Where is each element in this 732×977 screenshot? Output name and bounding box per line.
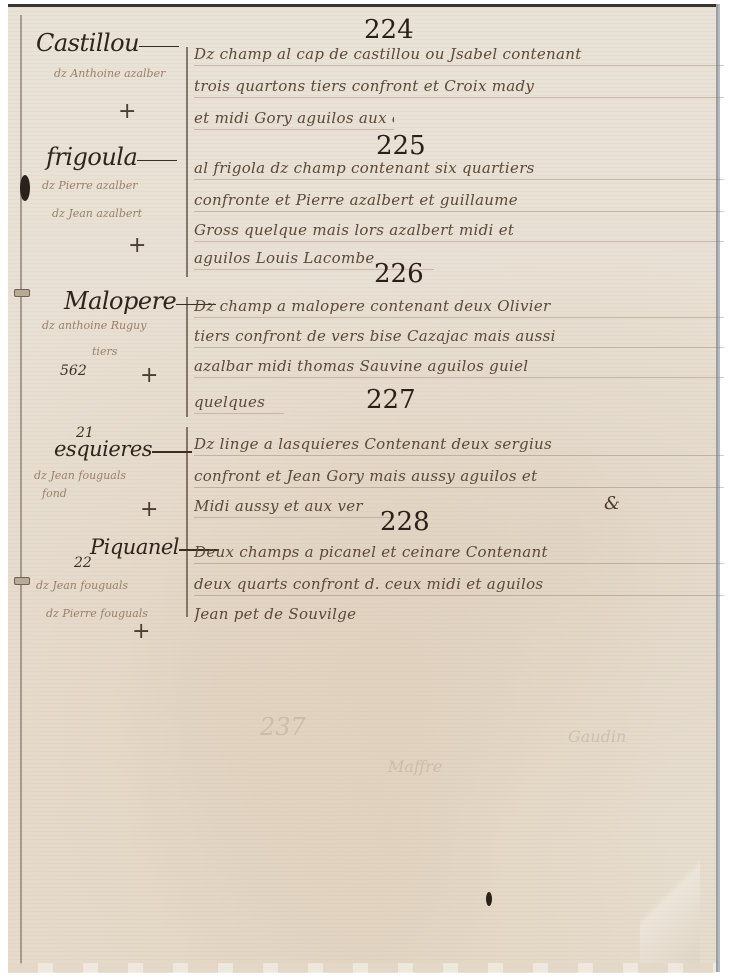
margin-owner-note: fond xyxy=(42,487,67,500)
entry-number: 225 xyxy=(376,131,426,161)
bleed-through-text: Maffre xyxy=(388,757,442,776)
entry-text-line: Jean pet de Souvilge xyxy=(194,605,394,625)
ink-blot xyxy=(20,175,30,201)
entry-number: 226 xyxy=(374,259,424,289)
margin-owner-note: dz Pierre azalber xyxy=(42,179,138,192)
torn-bottom-edge xyxy=(8,963,716,973)
binding-line xyxy=(20,15,22,965)
margin-place-name: Castillou xyxy=(36,29,139,57)
margin-owner-note: dz Anthoine azalber xyxy=(54,67,165,80)
margin-owner-note: dz Jean fouguals xyxy=(36,579,128,592)
entry-text-line: deux quarts confront d. ceux midi et agu… xyxy=(194,575,724,596)
cross-mark: + xyxy=(140,497,158,522)
ampersand-mark: & xyxy=(604,493,620,514)
entry-text-line: Gross quelque mais lors azalbert midi et xyxy=(194,221,724,242)
margin-place-name: Piquanel xyxy=(90,535,179,559)
margin-place-name: Malopere xyxy=(64,287,176,315)
entry-text-line: confront et Jean Gory mais aussy aguilos… xyxy=(194,467,724,488)
folded-corner xyxy=(640,827,700,967)
entry-text-line: Dz champ al cap de castillou ou Jsabel c… xyxy=(194,45,724,66)
bleed-through-text: Gaudin xyxy=(568,727,626,746)
entry-text-line: trois quartons tiers confront et Croix m… xyxy=(194,77,724,98)
margin-place-name: frigoula xyxy=(46,143,137,171)
entry-text-line: al frigola dz champ contenant six quarti… xyxy=(194,159,724,180)
margin-reference-number: 22 xyxy=(74,555,92,571)
entry-bracket xyxy=(186,297,188,417)
margin-owner-note: dz Jean azalbert xyxy=(52,207,142,220)
margin-place-name: esquieres xyxy=(54,437,152,461)
entry-text-line: Dz linge a lasquieres Contenant deux ser… xyxy=(194,435,724,456)
entry-text-line: tiers confront de vers bise Cazajac mais… xyxy=(194,327,724,348)
entry-number: 227 xyxy=(366,385,416,415)
cross-mark: + xyxy=(140,363,158,388)
entry-text-line: confronte et Pierre azalbert et guillaum… xyxy=(194,191,724,212)
ink-blot xyxy=(486,892,492,906)
margin-reference-number: 562 xyxy=(60,363,87,379)
margin-side-note: tiers xyxy=(92,345,117,358)
entry-text-line: quelques xyxy=(194,393,284,414)
entry-bracket xyxy=(186,47,188,277)
entry-text-line: Dz champ a malopere contenant deux Olivi… xyxy=(194,297,724,318)
entry-text-line: azalbar midi thomas Sauvine aguilos guie… xyxy=(194,357,724,378)
bleed-through-number: 237 xyxy=(260,713,306,741)
cross-mark: + xyxy=(118,99,136,124)
margin-owner-note: dz anthoine Ruguy xyxy=(42,319,146,332)
manuscript-page: Castillou dz Anthoine azalber + frigoula… xyxy=(8,4,716,972)
entry-number: 224 xyxy=(364,15,414,45)
entry-number: 228 xyxy=(380,507,430,537)
cross-mark: + xyxy=(128,233,146,258)
entry-bracket xyxy=(186,427,188,617)
cross-mark: + xyxy=(132,619,150,644)
binding-stitch xyxy=(14,577,30,585)
entry-text-line: et midi Gory aguilos aux orbiere xyxy=(194,109,394,130)
binding-stitch xyxy=(14,289,30,297)
entry-text-line: Deux champs a picanel et ceinare Contena… xyxy=(194,543,724,564)
entry-text-line: Midi aussy et aux ver xyxy=(194,497,394,518)
manuscript-scan: Castillou dz Anthoine azalber + frigoula… xyxy=(0,0,732,977)
margin-owner-note: dz Jean fouguals xyxy=(34,469,126,482)
